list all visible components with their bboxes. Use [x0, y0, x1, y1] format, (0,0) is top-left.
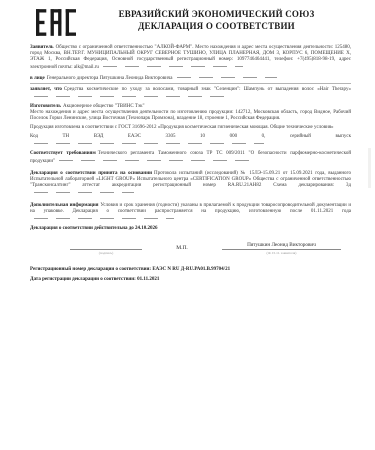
signatory-block: Пятушкин Леонид Викторович (Ф. И. О. зая… — [222, 242, 341, 255]
conforms-label: Соответствует требованиям — [30, 151, 96, 156]
scan-artifact — [368, 148, 371, 188]
in-person-label: в лице — [30, 76, 45, 81]
manufacturer-label: Изготовитель — [30, 104, 61, 109]
registration-date-label: Дата регистрации декларации о соответств… — [30, 277, 136, 282]
form-blank-line — [34, 215, 174, 220]
manufacturer-name: Акционерное общество "ТВИНС Тэк" — [63, 104, 145, 109]
declares-label: заявляет, что — [30, 87, 62, 92]
gost-paragraph: Продукция изготовлена в соответствии с Г… — [30, 125, 351, 131]
title-line-1: ЕВРАЗИЙСКИЙ ЭКОНОМИЧЕСКИЙ СОЮЗ — [80, 9, 353, 21]
form-blank-line — [34, 140, 264, 145]
declaration-body: ЗаявительОбщество с ограниченной ответст… — [0, 36, 375, 283]
declaration-document-page: ЕВРАЗИЙСКИЙ ЭКОНОМИЧЕСКИЙ СОЮЗ ДЕКЛАРАЦИ… — [0, 0, 375, 450]
applicant-label: Заявитель — [30, 45, 54, 50]
form-blank-line — [34, 189, 134, 194]
registration-number-value: ЕАЭС N RU Д-RU.РА01.В.99704/21 — [152, 267, 230, 272]
stamp-placeholder: М.П. — [142, 245, 222, 256]
applicant-paragraph: ЗаявительОбщество с ограниченной ответст… — [30, 45, 351, 71]
declares-text: Средства косметические по уходу за волос… — [64, 87, 351, 92]
form-blank-line — [177, 74, 277, 79]
document-header: ЕВРАЗИЙСКИЙ ЭКОНОМИЧЕСКИЙ СОЮЗ ДЕКЛАРАЦИ… — [0, 0, 375, 36]
document-title: ЕВРАЗИЙСКИЙ ЭКОНОМИЧЕСКИЙ СОЮЗ ДЕКЛАРАЦИ… — [76, 9, 353, 32]
valid-until-date: 24.10.2026 — [135, 226, 158, 231]
signature-line: (подпись) — [70, 249, 142, 255]
valid-until-label: Декларация о соответствии действительна … — [30, 226, 134, 231]
tnved-paragraph: Код ТН ВЭД ЕАЭС 3305 10 000 0, серийный … — [30, 134, 351, 148]
registration-date-line: Дата регистрации декларации о соответств… — [30, 277, 351, 283]
basis-label: Декларация о соответствии принята на осн… — [30, 171, 152, 176]
signatory-caption: (Ф. И. О. заявителя) — [222, 250, 341, 255]
registration-number-label: Регистрационный номер декларации о соотв… — [30, 267, 151, 272]
in-person-paragraph: в лицеГенерального директора Пятушкина Л… — [30, 74, 351, 84]
declares-paragraph: заявляет, чтоСредства косметические по у… — [30, 87, 351, 101]
registration-block: Регистрационный номер декларации о соотв… — [30, 267, 351, 283]
registration-number-line: Регистрационный номер декларации о соотв… — [30, 267, 351, 273]
manufacturer-paragraph: ИзготовительАкционерное общество "ТВИНС … — [30, 104, 351, 122]
signature-caption: (подпись) — [99, 251, 114, 255]
manufacturer-address: Место нахождения и адрес места осуществл… — [30, 110, 351, 121]
in-person-text: Генерального директора Пятушкина Леонида… — [47, 76, 173, 81]
form-blank-line — [34, 93, 224, 98]
additional-info-label: Дополнительная информация — [30, 203, 98, 208]
signature-row: (подпись) М.П. Пятушкин Леонид Викторови… — [30, 242, 351, 255]
form-blank-line — [59, 157, 249, 162]
tnved-text: Код ТН ВЭД ЕАЭС 3305 10 000 0, серийный … — [30, 134, 351, 139]
basis-paragraph: Декларация о соответствии принята на осн… — [30, 171, 351, 197]
title-line-2: ДЕКЛАРАЦИЯ О СООТВЕТСТВИИ — [80, 21, 353, 33]
registration-date-value: 01.11.2021 — [137, 277, 159, 282]
gost-text: Продукция изготовлена в соответствии с Г… — [30, 125, 334, 130]
form-blank-line — [103, 63, 243, 68]
signatory-name: Пятушкин Леонид Викторович — [222, 242, 341, 250]
conforms-paragraph: Соответствует требованиямТехнического ре… — [30, 151, 351, 165]
additional-info-paragraph: Дополнительная информацияУсловия и срок … — [30, 203, 351, 223]
valid-until-line: Декларация о соответствии действительна … — [30, 226, 351, 232]
eac-logo-icon — [36, 9, 76, 36]
